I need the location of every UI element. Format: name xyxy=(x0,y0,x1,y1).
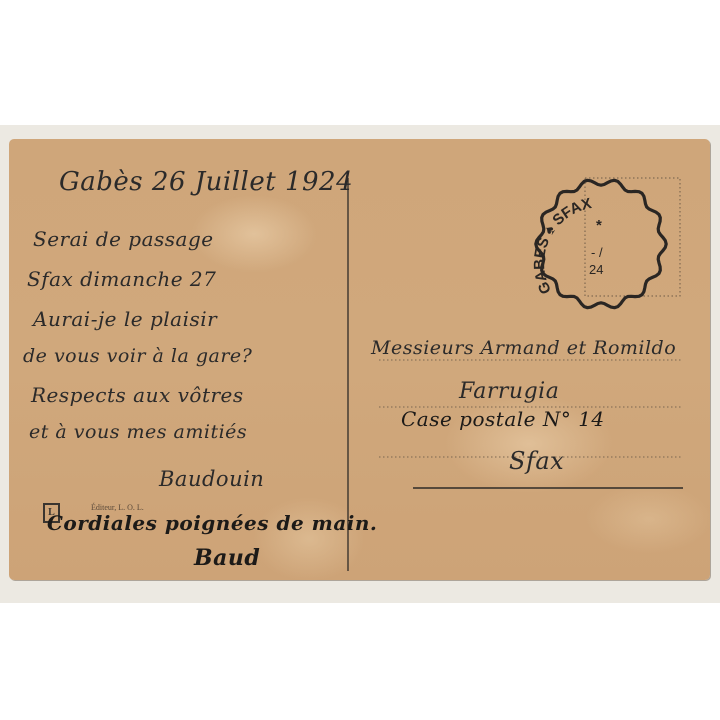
message-line-5: Respects aux vôtres xyxy=(31,383,244,407)
address-line-1: Messieurs Armand et Romildo xyxy=(371,337,676,359)
address-line-2: Farrugia xyxy=(459,379,559,404)
message-date-line: Gabès 26 Juillet 1924 xyxy=(59,167,353,197)
message-line-3: Aurai-je le plaisir xyxy=(33,307,217,331)
message-line-4: de vous voir à la gare? xyxy=(23,345,252,367)
message-signature: Baudouin xyxy=(159,467,264,491)
address-line-3: Case postale N° 14 xyxy=(401,407,605,431)
postmark-scalloped-border xyxy=(536,180,666,307)
postmark-date-fragment: - / xyxy=(591,245,603,260)
postscript: Cordiales poignées de main. xyxy=(47,511,377,535)
message-line-6: et à vous mes amitiés xyxy=(29,421,247,443)
postmark-route-text: GABES ♠ SFAX xyxy=(531,195,593,296)
postmark-star: * xyxy=(596,217,602,234)
postmark-year: 24 xyxy=(589,262,603,277)
postcard-back: GABES ♠ SFAX * - / 24 Gabès 26 Juillet 1… xyxy=(9,139,710,580)
address-line-4: Sfax xyxy=(509,447,564,475)
postscript-signature: Baud xyxy=(194,545,260,571)
message-line-1: Serai de passage xyxy=(33,227,214,251)
message-line-2: Sfax dimanche 27 xyxy=(27,267,216,291)
